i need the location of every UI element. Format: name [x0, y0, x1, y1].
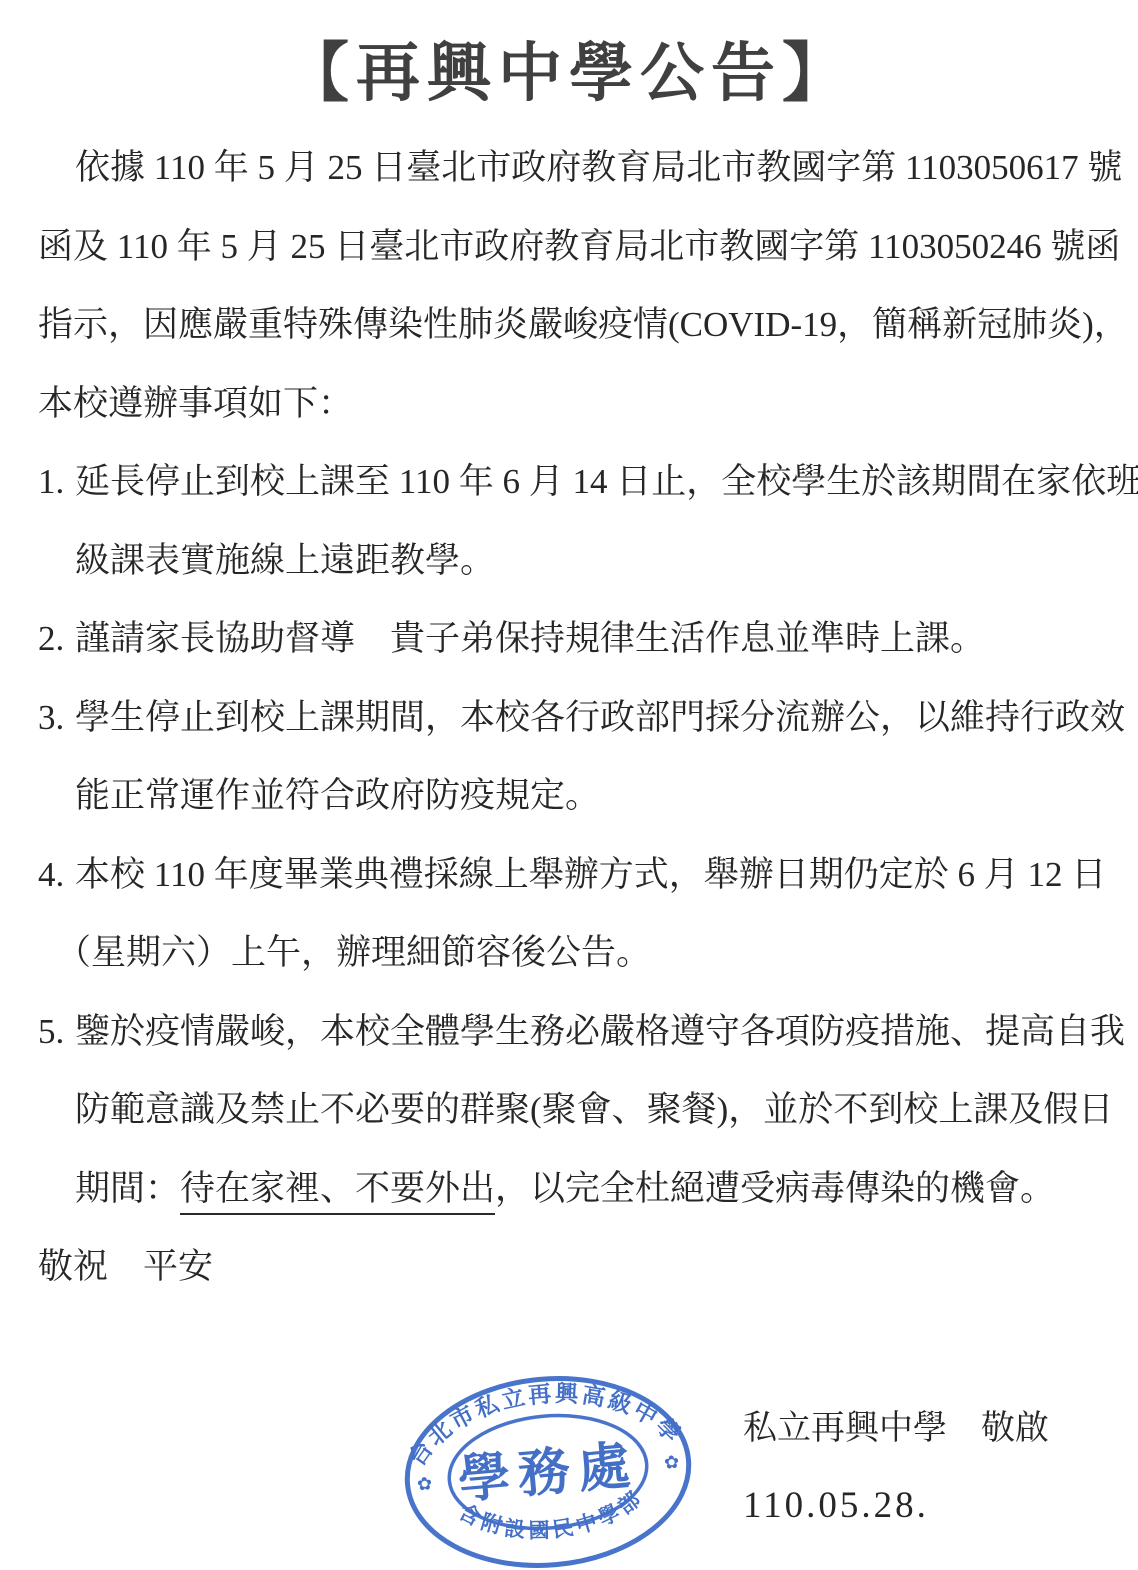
item-4-text: 本校 110 年度畢業典禮採線上舉辦方式，舉辦日期仍定於 6 月 12 日	[75, 855, 1106, 894]
item-3-text: 學生停止到校上課期間，本校各行政部門採分流辦公，以維持行政效	[75, 698, 1125, 737]
item-4-line-2: （星期六）上午，辦理細節容後公告。	[38, 924, 1118, 1003]
intro-line-1: 依據 110 年 5 月 25 日臺北市政府教育局北市教國字第 11030506…	[38, 139, 1118, 218]
intro-line-4: 本校遵辦事項如下：	[38, 375, 1118, 454]
item-4-line-1: 4.本校 110 年度畢業典禮採線上舉辦方式，舉辦日期仍定於 6 月 12 日	[38, 846, 1118, 925]
school-stamp: 台北市私立再興高級中學 含附設國民中學部 學務處 ✿ ✿	[398, 1372, 698, 1570]
item-5-line-3: 期間：待在家裡、不要外出，以完全杜絕遭受病毒傳染的機會。	[38, 1160, 1118, 1239]
plum-blossom-icon-right: ✿	[663, 1452, 680, 1473]
plum-blossom-icon-left: ✿	[416, 1473, 433, 1494]
item-3-line-1: 3.學生停止到校上課期間，本校各行政部門採分流辦公，以維持行政效	[38, 689, 1118, 768]
item-5-line-3-suffix: ，以完全杜絕遭受病毒傳染的機會。	[495, 1169, 1055, 1208]
signature-name: 私立再興中學 敬啟	[743, 1400, 1049, 1449]
item-5-text: 鑒於疫情嚴峻，本校全體學生務必嚴格遵守各項防疫措施、提高自我	[75, 1012, 1125, 1051]
announcement-page: 【再興中學公告】 依據 110 年 5 月 25 日臺北市政府教育局北市教國字第…	[0, 0, 1138, 1570]
stamp-center-text: 學務處	[456, 1436, 640, 1509]
intro-line-3: 指示，因應嚴重特殊傳染性肺炎嚴峻疫情(COVID-19，簡稱新冠肺炎)，	[38, 296, 1118, 375]
item-5-line-2: 防範意識及禁止不必要的群聚(聚會、聚餐)，並於不到校上課及假日	[38, 1081, 1118, 1160]
item-1-line-2: 級課表實施線上遠距教學。	[38, 532, 1118, 611]
item-1-marker: 1.	[38, 453, 75, 511]
item-5-marker: 5.	[38, 1003, 75, 1061]
item-2-marker: 2.	[38, 610, 75, 668]
item-3-marker: 3.	[38, 689, 75, 747]
closing-line: 敬祝 平安	[38, 1238, 1118, 1317]
item-3-line-2: 能正常運作並符合政府防疫規定。	[38, 767, 1118, 846]
item-2-text: 謹請家長協助督導 貴子弟保持規律生活作息並準時上課。	[75, 619, 985, 658]
announcement-body: 依據 110 年 5 月 25 日臺北市政府教育局北市教國字第 11030506…	[38, 139, 1118, 1317]
item-5-line-3-underlined: 待在家裡、不要外出	[180, 1169, 495, 1215]
item-2-line-1: 2.謹請家長協助督導 貴子弟保持規律生活作息並準時上課。	[38, 610, 1118, 689]
signature-date: 110.05.28.	[743, 1484, 929, 1527]
item-1-line-1: 1.延長停止到校上課至 110 年 6 月 14 日止，全校學生於該期間在家依班	[38, 453, 1118, 532]
item-5-line-3-prefix: 期間：	[75, 1169, 180, 1208]
item-4-marker: 4.	[38, 846, 75, 904]
document-title: 【再興中學公告】	[0, 22, 1138, 114]
item-5-line-1: 5.鑒於疫情嚴峻，本校全體學生務必嚴格遵守各項防疫措施、提高自我	[38, 1003, 1118, 1082]
intro-line-2: 函及 110 年 5 月 25 日臺北市政府教育局北市教國字第 11030502…	[38, 218, 1118, 297]
item-1-text: 延長停止到校上課至 110 年 6 月 14 日止，全校學生於該期間在家依班	[75, 462, 1138, 501]
